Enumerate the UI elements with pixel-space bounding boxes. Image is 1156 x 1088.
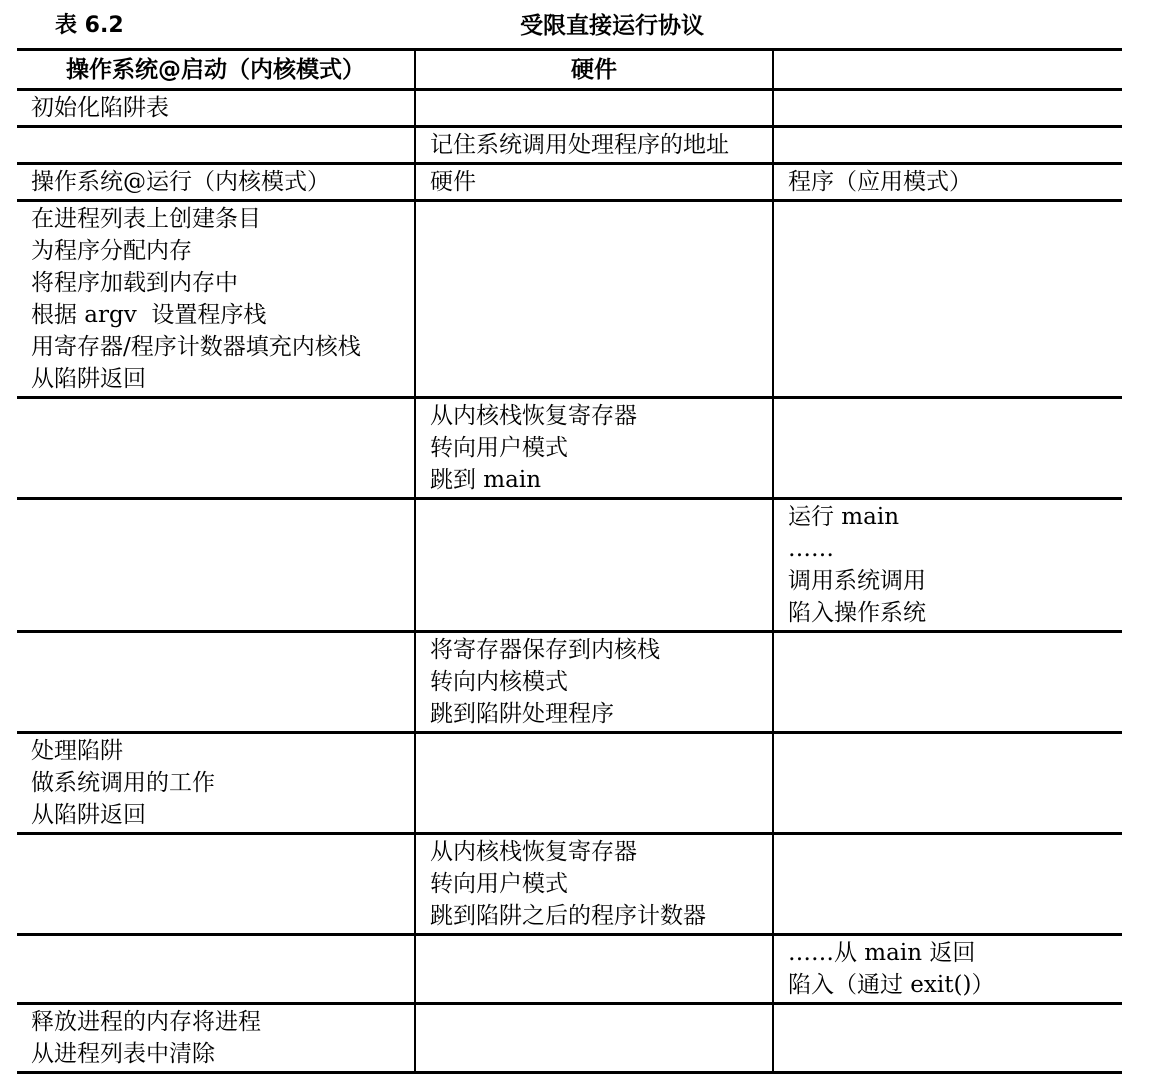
header-cell-empty <box>773 50 1122 90</box>
cell-hardware: 将寄存器保存到内核栈 转向内核模式 跳到陷阱处理程序 <box>415 632 773 733</box>
cell-os <box>17 499 415 632</box>
cell-program <box>773 398 1122 499</box>
cell-hardware <box>415 90 773 127</box>
cell-os <box>17 834 415 935</box>
limited-direct-execution-table: 操作系统@启动（内核模式） 硬件 初始化陷阱表 记住系统调用处理程序的地址 操作… <box>17 48 1122 1074</box>
cell-hardware <box>415 1004 773 1073</box>
table-row: 将寄存器保存到内核栈 转向内核模式 跳到陷阱处理程序 <box>17 632 1122 733</box>
cell-program <box>773 834 1122 935</box>
cell-os: 释放进程的内存将进程 从进程列表中清除 <box>17 1004 415 1073</box>
table-row: 在进程列表上创建条目 为程序分配内存 将程序加载到内存中 根据 argv 设置程… <box>17 201 1122 398</box>
cell-hardware <box>415 935 773 1004</box>
table-row: 操作系统@运行（内核模式） 硬件 程序（应用模式） <box>17 164 1122 201</box>
cell-os <box>17 632 415 733</box>
table-row: 处理陷阱 做系统调用的工作 从陷阱返回 <box>17 733 1122 834</box>
cell-os <box>17 127 415 164</box>
cell-program: 运行 main …… 调用系统调用 陷入操作系统 <box>773 499 1122 632</box>
table-row: 释放进程的内存将进程 从进程列表中清除 <box>17 1004 1122 1073</box>
table-row: 从内核栈恢复寄存器 转向用户模式 跳到陷阱之后的程序计数器 <box>17 834 1122 935</box>
cell-program <box>773 201 1122 398</box>
table-row: 运行 main …… 调用系统调用 陷入操作系统 <box>17 499 1122 632</box>
cell-hardware <box>415 201 773 398</box>
cell-program <box>773 632 1122 733</box>
table-header-row: 操作系统@启动（内核模式） 硬件 <box>17 50 1122 90</box>
header-cell-hardware: 硬件 <box>415 50 773 90</box>
cell-hardware: 硬件 <box>415 164 773 201</box>
cell-program <box>773 127 1122 164</box>
cell-os: 初始化陷阱表 <box>17 90 415 127</box>
header-cell-os-boot: 操作系统@启动（内核模式） <box>17 50 415 90</box>
table-number-label: 表 6.2 <box>55 11 124 41</box>
cell-program <box>773 1004 1122 1073</box>
cell-os: 操作系统@运行（内核模式） <box>17 164 415 201</box>
table-row: 从内核栈恢复寄存器 转向用户模式 跳到 main <box>17 398 1122 499</box>
table-title: 受限直接运行协议 <box>520 11 704 41</box>
cell-os <box>17 398 415 499</box>
table-row: 记住系统调用处理程序的地址 <box>17 127 1122 164</box>
cell-hardware: 记住系统调用处理程序的地址 <box>415 127 773 164</box>
cell-program: 程序（应用模式） <box>773 164 1122 201</box>
book-page: 表 6.2 受限直接运行协议 操作系统@启动（内核模式） 硬件 初始化陷阱表 记 <box>0 0 1156 1088</box>
cell-program: ……从 main 返回 陷入（通过 exit()） <box>773 935 1122 1004</box>
cell-hardware <box>415 499 773 632</box>
cell-os: 在进程列表上创建条目 为程序分配内存 将程序加载到内存中 根据 argv 设置程… <box>17 201 415 398</box>
table-row: ……从 main 返回 陷入（通过 exit()） <box>17 935 1122 1004</box>
cell-hardware: 从内核栈恢复寄存器 转向用户模式 跳到陷阱之后的程序计数器 <box>415 834 773 935</box>
table-row: 初始化陷阱表 <box>17 90 1122 127</box>
cell-hardware <box>415 733 773 834</box>
cell-hardware: 从内核栈恢复寄存器 转向用户模式 跳到 main <box>415 398 773 499</box>
cell-program <box>773 90 1122 127</box>
cell-program <box>773 733 1122 834</box>
cell-os <box>17 935 415 1004</box>
cell-os: 处理陷阱 做系统调用的工作 从陷阱返回 <box>17 733 415 834</box>
table-caption: 表 6.2 受限直接运行协议 <box>0 11 1156 43</box>
